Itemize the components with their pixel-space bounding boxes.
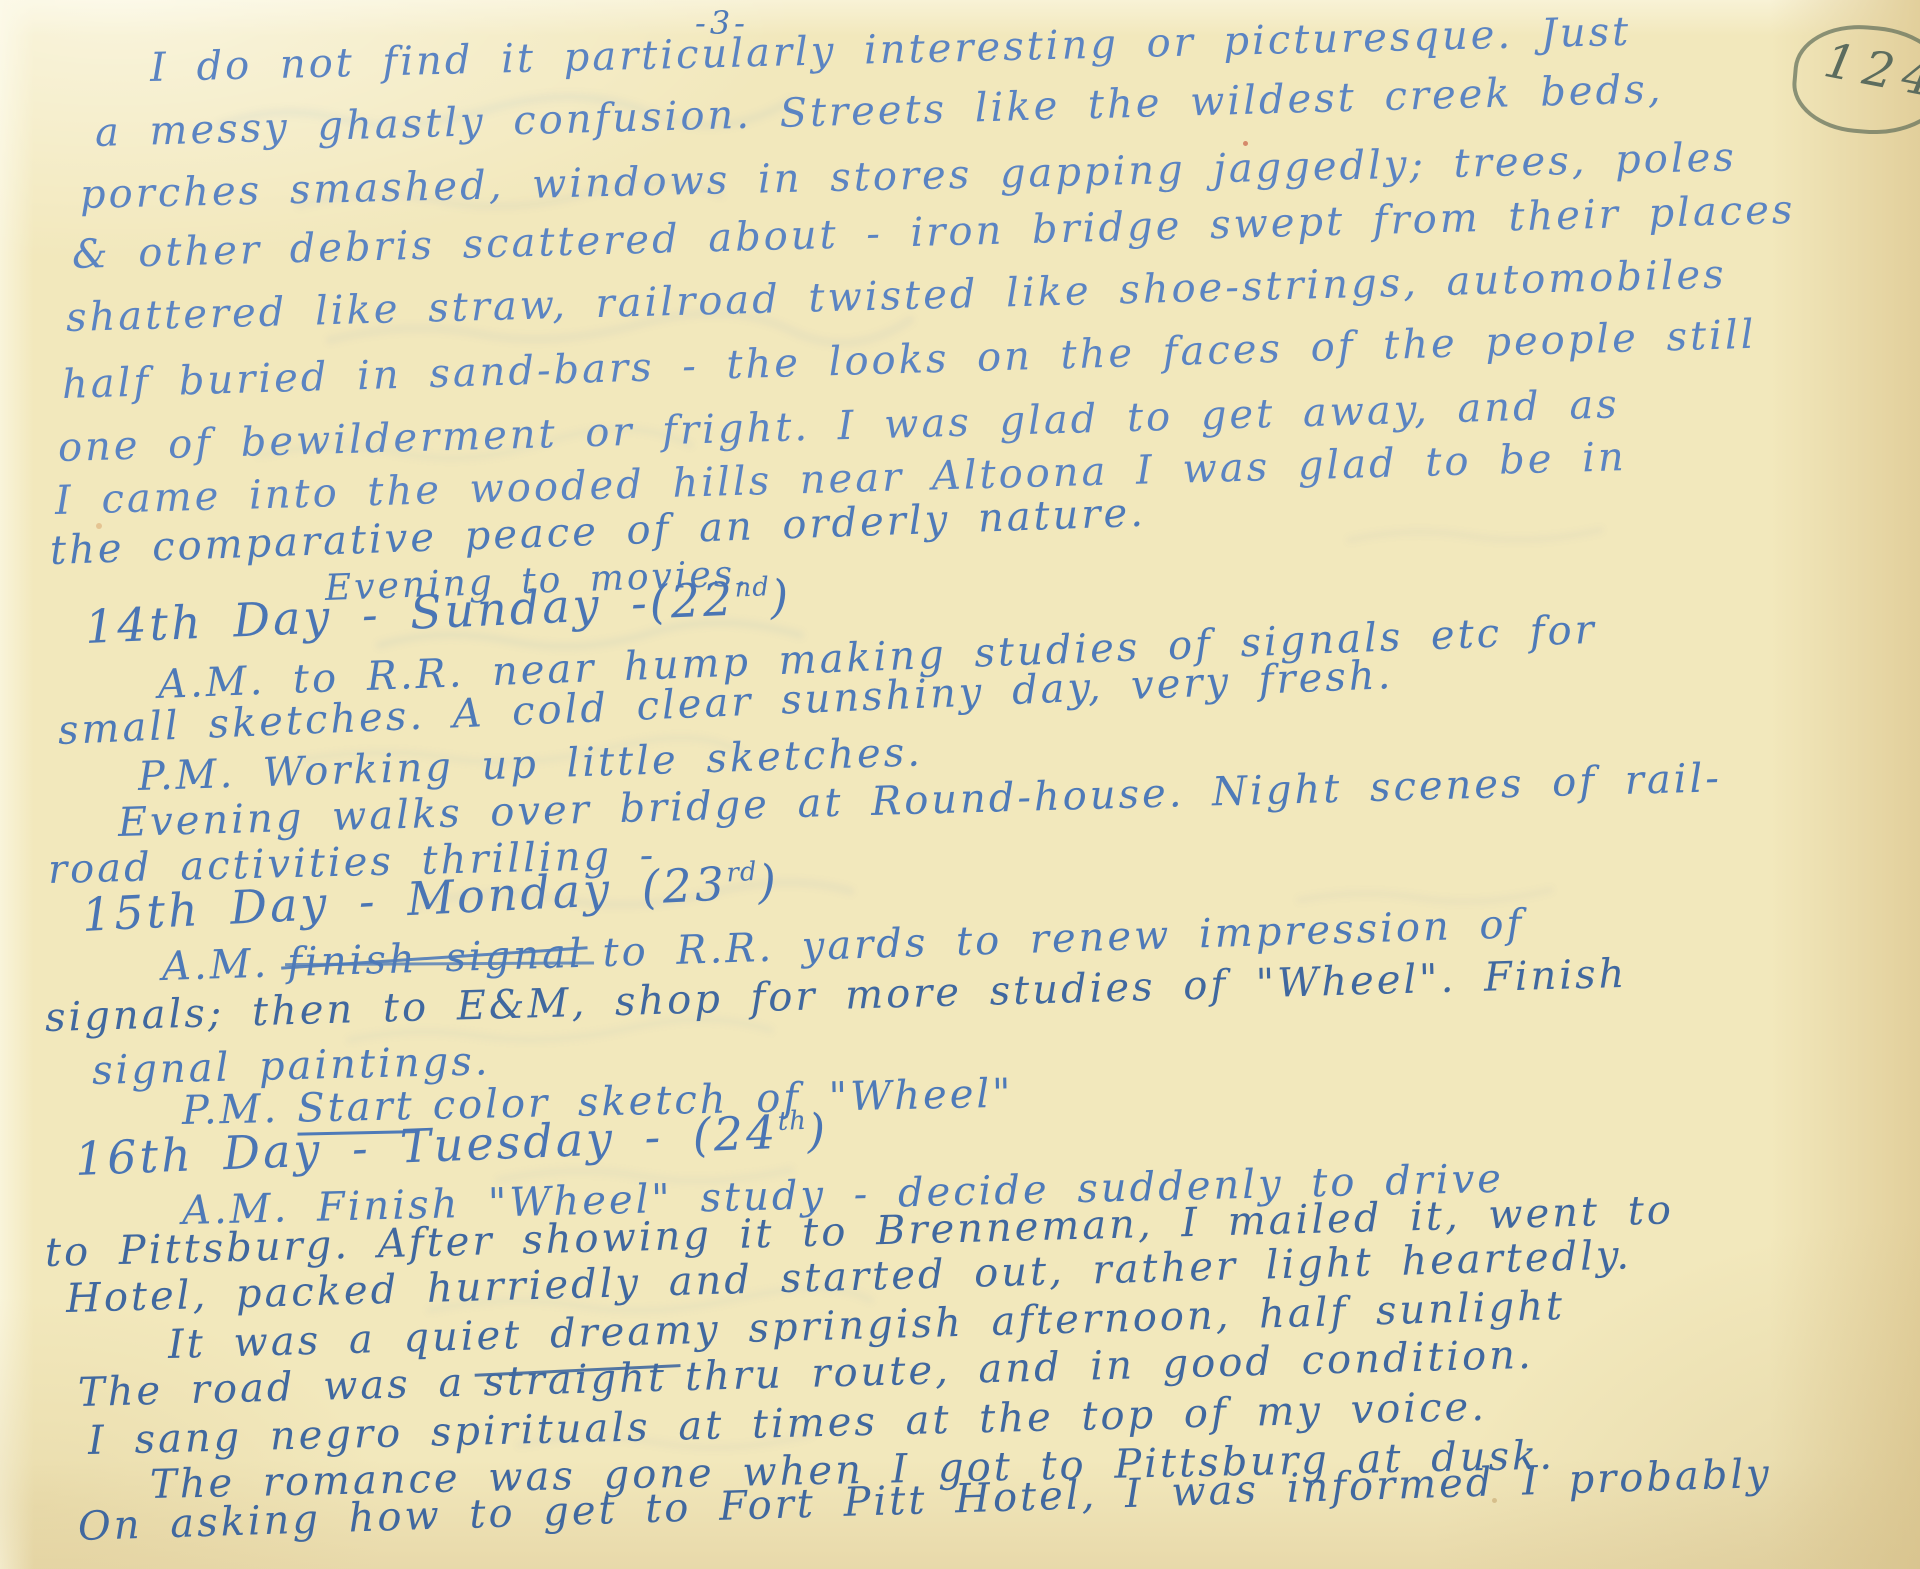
day-header-text: ) — [769, 569, 792, 624]
line-text: A.M. — [161, 941, 270, 990]
line-text: The road was a — [77, 1360, 465, 1416]
scanned-journal-page: -3- 124 I do not find it particularly in… — [0, 0, 1920, 1569]
day-header-text: ) — [806, 1103, 829, 1158]
corner-page-number: 124 — [1820, 32, 1920, 110]
superscript-ordinal: rd — [726, 857, 759, 888]
struck-out-text: finish signal — [286, 931, 585, 986]
crossbarred-word: straight — [483, 1355, 668, 1406]
corner-page-number-circle: 124 — [1789, 19, 1920, 140]
day-header-text: ) — [757, 854, 781, 909]
superscript-ordinal: nd — [734, 572, 771, 604]
superscript-ordinal: th — [777, 1106, 807, 1137]
